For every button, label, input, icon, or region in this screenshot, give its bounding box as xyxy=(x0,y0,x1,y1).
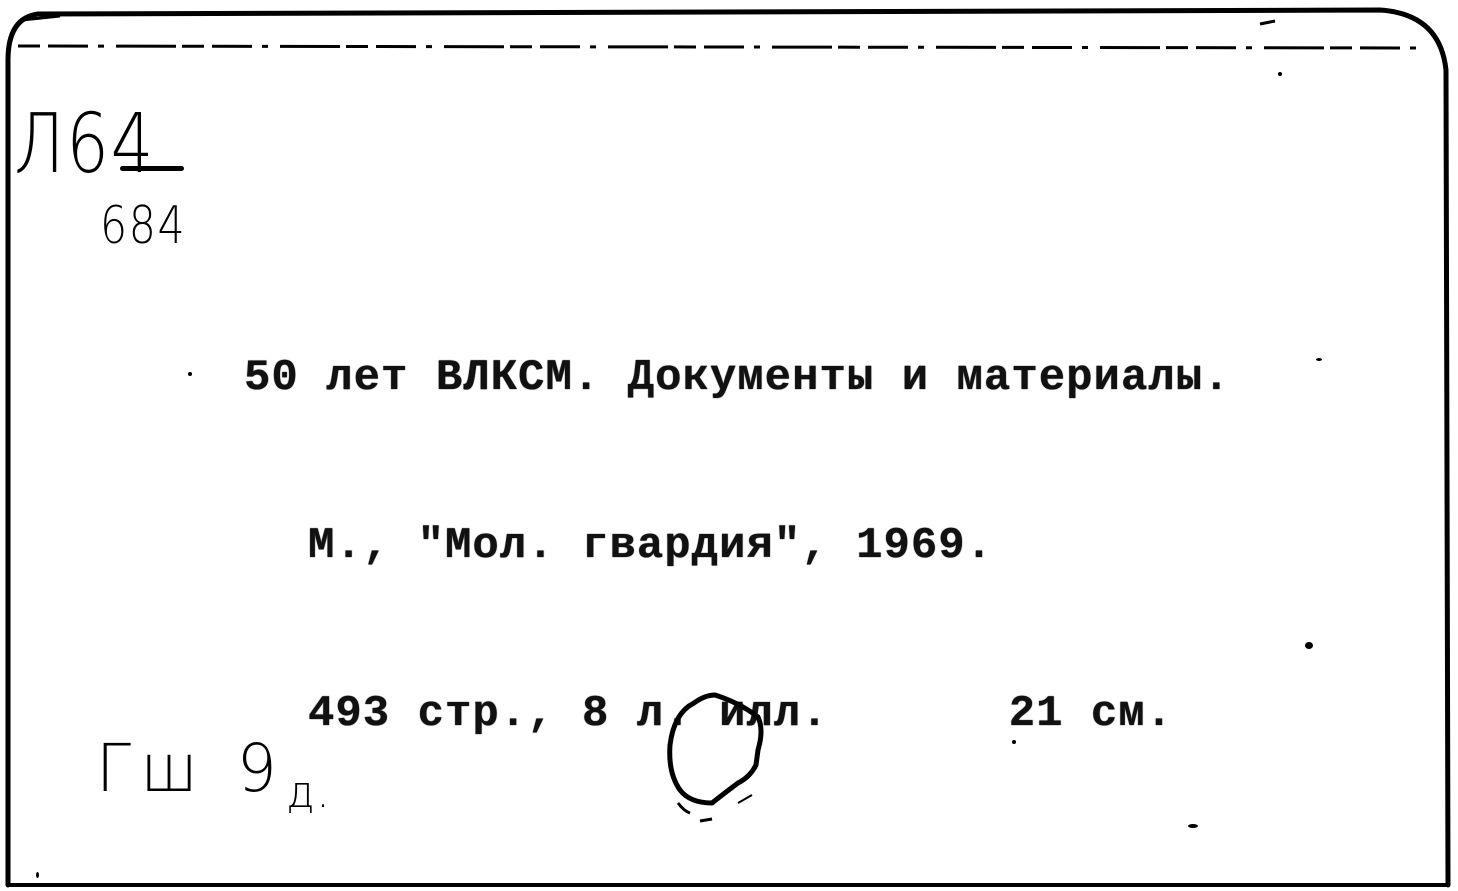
handwritten-note-main: Гш 9 xyxy=(96,730,286,807)
scan-speck xyxy=(1278,72,1282,76)
handwritten-note-subscript: д. xyxy=(286,767,331,818)
entry-size: 21 см. xyxy=(1009,689,1173,739)
shelfmark-classification: Л64 xyxy=(14,104,155,186)
scan-speck xyxy=(36,872,39,878)
entry-imprint-line: М., "Мол. гвардия", 1969. xyxy=(244,518,1231,574)
scan-speck xyxy=(1305,642,1313,649)
scan-speck xyxy=(1316,358,1322,361)
shelfmark-dash xyxy=(120,166,184,171)
scan-speck xyxy=(188,372,192,376)
shelfmark-author-mark: 684 xyxy=(100,200,186,252)
scan-speck xyxy=(1188,824,1198,828)
entry-title-line: 50 лет ВЛКСМ. Документы и материалы. xyxy=(244,350,1231,406)
handwritten-note: Гш 9д. xyxy=(96,734,332,828)
punch-hole-circle-icon xyxy=(660,685,770,825)
scan-speck xyxy=(1012,740,1016,744)
